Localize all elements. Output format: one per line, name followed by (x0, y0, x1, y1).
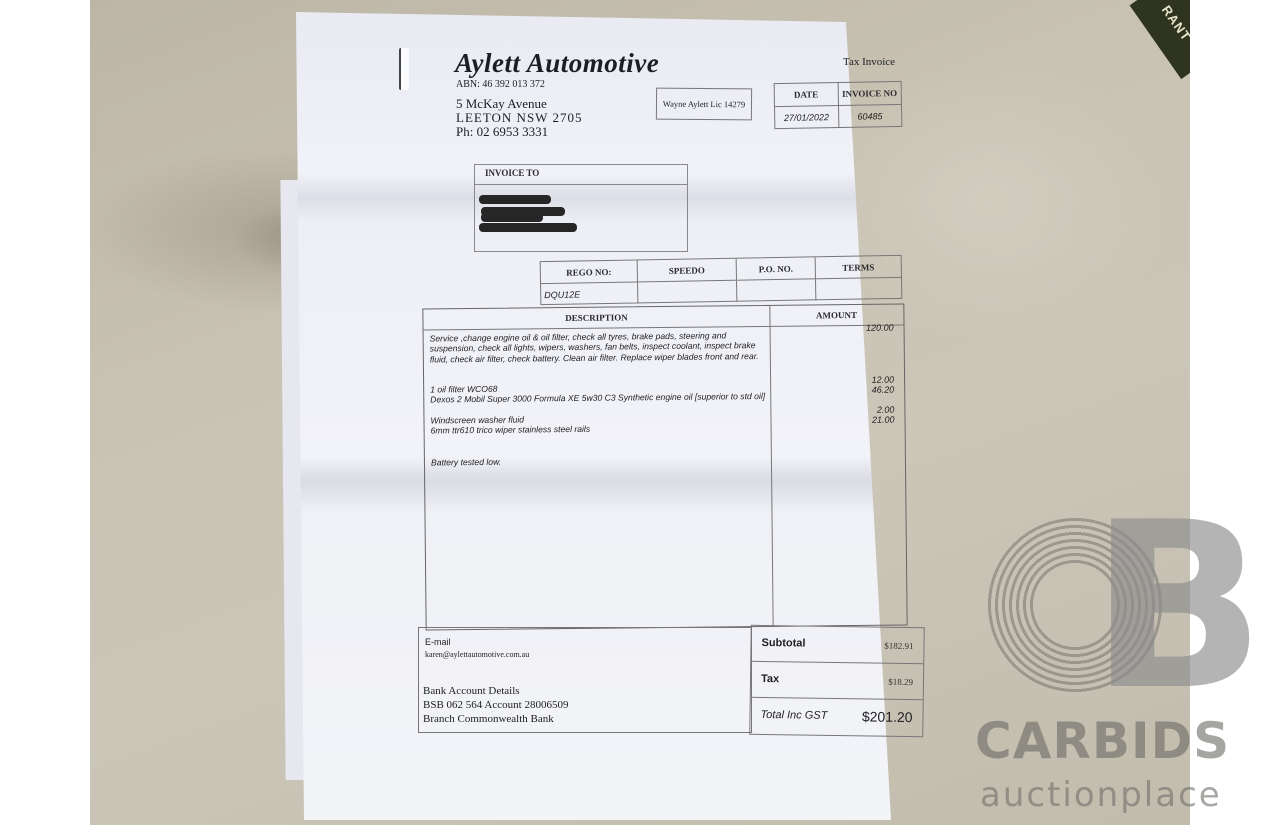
redacted-line (479, 195, 551, 204)
licence-box: Wayne Aylett Lic 14279 (656, 88, 752, 121)
line-item-amount: 21.00 (872, 415, 895, 425)
staple-icon (399, 48, 409, 90)
doc-type: Tax Invoice (843, 56, 895, 68)
terms-header: TERMS (815, 256, 901, 278)
po-value (736, 279, 815, 301)
bank-bsb: BSB 062 564 Account 28006509 (423, 699, 568, 711)
line-item-amount: 2.00 (877, 405, 895, 415)
total-value: $201.20 (862, 708, 913, 725)
po-header: P.O. NO. (736, 257, 815, 279)
watermark-logo-letter: B (1090, 508, 1265, 708)
line-item-amount: 120.00 (866, 323, 894, 333)
invoice-no-label: INVOICE NO (837, 82, 901, 105)
subtotal-value: $182.91 (884, 641, 913, 651)
column-divider (769, 306, 773, 626)
phone: Ph: 02 6953 3331 (456, 124, 548, 140)
totals-box: Subtotal $182.91 Tax $18.29 Total Inc GS… (749, 625, 925, 737)
line-item-description: Dexos 2 Mobil Super 3000 Formula XE 5w30… (430, 391, 765, 405)
subtotal-label: Subtotal (761, 637, 805, 650)
tax-label: Tax (761, 673, 779, 685)
line-item-description: Service ,change engine oil & oil filter,… (430, 330, 765, 364)
invoice-to-label: INVOICE TO (475, 165, 687, 185)
tag-text: RANT (1159, 3, 1190, 44)
date-label: DATE (775, 83, 838, 106)
watermark-tagline: auctionplace (980, 775, 1222, 815)
rego-header: REGO NO: (541, 260, 637, 283)
bank-branch: Branch Commonwealth Bank (423, 713, 554, 725)
abn: ABN: 46 392 013 372 (456, 79, 545, 90)
bank-heading: Bank Account Details (423, 685, 520, 697)
terms-value (815, 278, 901, 300)
watermark-brand: CARBIDS (975, 712, 1230, 770)
invoice-no-value: 60485 (838, 105, 902, 128)
green-tag: RANT (1130, 0, 1190, 79)
speedo-value (637, 281, 736, 304)
rego-value: DQU12E (541, 282, 637, 305)
line-items-table: DESCRIPTION AMOUNT Service ,change engin… (422, 303, 907, 630)
redacted-line (481, 213, 543, 222)
line-item-amount: 46.20 (872, 385, 895, 395)
footer-box: E-mail karen@aylettautomotive.com.au Ban… (418, 627, 752, 733)
invoice-to-box: INVOICE TO (474, 164, 688, 252)
line-item-description: 6mm ttr610 trico wiper stainless steel r… (431, 422, 766, 436)
speedo-header: SPEEDO (637, 259, 736, 282)
total-label: Total Inc GST (760, 709, 827, 722)
company-name: Aylett Automotive (455, 48, 659, 79)
tax-value: $18.29 (888, 677, 913, 687)
invoice-note: Battery tested low. (431, 454, 766, 468)
line-item-amount: 12.00 (872, 375, 895, 385)
email-value: karen@aylettautomotive.com.au (425, 650, 529, 659)
redacted-line (479, 223, 577, 232)
vehicle-table: REGO NO: SPEEDO P.O. NO. TERMS DQU12E (540, 255, 903, 305)
email-label: E-mail (425, 637, 451, 647)
description-header: DESCRIPTION (423, 306, 769, 330)
date-value: 27/01/2022 (775, 106, 838, 129)
date-invoice-box: DATE INVOICE NO 27/01/2022 60485 (774, 81, 903, 129)
